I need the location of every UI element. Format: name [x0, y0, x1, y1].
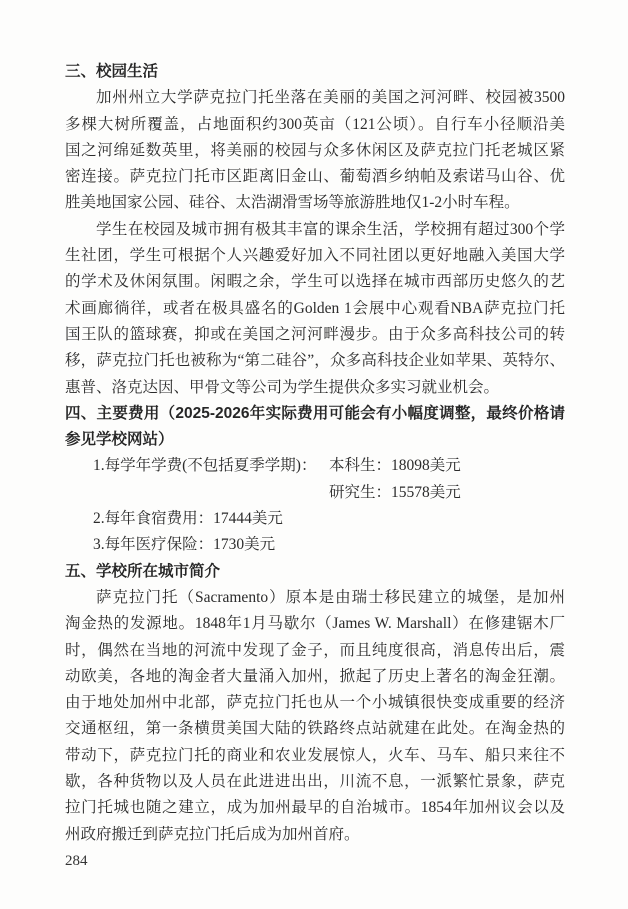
text-line: 淘金热的发源地。1848年1月马歇尔（James W. Marshall）在修建… [65, 611, 565, 637]
campus-paragraph-1: 加州州立大学萨克拉门托坐落在美丽的美国之河河畔、校园被3500多棵大树所覆盖，占… [65, 85, 565, 216]
fee-tuition-label: 1.每学年学费(不包括夏季学期)： [93, 457, 316, 474]
text-line: 的学术及休闲氛围。闲暇之余，学生可以选择在城市西部历史悠久的艺 [65, 269, 565, 295]
text-line: 拉门托城也随之建立，成为加州最早的自治城市。1854年加州议会以及 [65, 795, 565, 821]
text-line: 萨克拉门托（Sacramento）原本是由瑞士移民建立的城堡，是加州 [65, 585, 565, 611]
text-line: 移，萨克拉门托也被称为“第二硅谷”，众多高科技企业如苹果、英特尔、 [65, 348, 565, 374]
text-line: 州政府搬迁到萨克拉门托后成为加州首府。 [65, 822, 565, 848]
text-line: 时，偶然在当地的河流中发现了金子，而且纯度很高，消息传出后，震 [65, 638, 565, 664]
document-page: 三、校园生活 加州州立大学萨克拉门托坐落在美丽的美国之河河畔、校园被3500多棵… [0, 0, 628, 909]
section-heading-fees: 四、主要费用（2025-2026年实际费用可能会有小幅度调整，最终价格请参见学校… [65, 401, 565, 454]
text-line: 参见学校网站） [65, 427, 565, 453]
text-line: 术画廊徜徉，或者在极具盛名的Golden 1会展中心观看NBA萨克拉门托 [65, 296, 565, 322]
page-number: 284 [65, 848, 565, 874]
text-line: 生社团，学生可根据个人兴趣爱好加入不同社团以更好地融入美国大学 [65, 243, 565, 269]
fee-item-tuition: 1.每学年学费(不包括夏季学期)： 本科生：18098美元 [65, 453, 565, 479]
text-line: 胜美地国家公园、硅谷、太浩湖滑雪场等旅游胜地仅1-2小时车程。 [65, 190, 565, 216]
fee-tuition-undergrad-value: 本科生：18098美元 [329, 453, 461, 479]
text-line: 国王队的篮球赛，抑或在美国之河河畔漫步。由于众多高科技公司的转 [65, 322, 565, 348]
fee-item-insurance: 3.每年医疗保险：1730美元 [65, 532, 565, 558]
text-line: 学生在校园及城市拥有极其丰富的课余生活，学校拥有超过300个学 [65, 217, 565, 243]
campus-paragraph-2: 学生在校园及城市拥有极其丰富的课余生活，学校拥有超过300个学生社团，学生可根据… [65, 217, 565, 401]
text-line: 动欧美，各地的淘金者大量涌入加州，掀起了历史上著名的淘金狂潮。 [65, 664, 565, 690]
fee-tuition-grad-value: 研究生：15578美元 [65, 480, 565, 506]
section-heading-campus-life: 三、校园生活 [65, 59, 565, 85]
text-line: 四、主要费用（2025-2026年实际费用可能会有小幅度调整，最终价格请 [65, 401, 565, 427]
text-line: 带动下，萨克拉门托的商业和农业发展惊人，火车、马车、船只来往不 [65, 743, 565, 769]
text-line: 歇，各种货物以及人员在此进进出出，川流不息，一派繁忙景象，萨克 [65, 769, 565, 795]
text-line: 加州州立大学萨克拉门托坐落在美丽的美国之河河畔、校园被3500 [65, 85, 565, 111]
text-line: 国之河绵延数英里，将美丽的校园与众多休闲区及萨克拉门托老城区紧 [65, 138, 565, 164]
text-line: 交通枢纽，第一条横贯美国大陆的铁路终点站就建在此处。在淘金热的 [65, 716, 565, 742]
text-line: 多棵大树所覆盖，占地面积约300英亩（121公顷）。自行车小径顺沿美 [65, 112, 565, 138]
section-heading-city-intro: 五、学校所在城市简介 [65, 559, 565, 585]
text-line: 惠普、洛克达因、甲骨文等公司为学生提供众多实习就业机会。 [65, 375, 565, 401]
city-paragraph: 萨克拉门托（Sacramento）原本是由瑞士移民建立的城堡，是加州淘金热的发源… [65, 585, 565, 848]
text-line: 密连接。萨克拉门托市区距离旧金山、葡萄酒乡纳帕及索诺马山谷、优 [65, 164, 565, 190]
fee-item-room-board: 2.每年食宿费用：17444美元 [65, 506, 565, 532]
text-line: 由于地处加州中北部，萨克拉门托也从一个小城镇很快变成重要的经济 [65, 690, 565, 716]
